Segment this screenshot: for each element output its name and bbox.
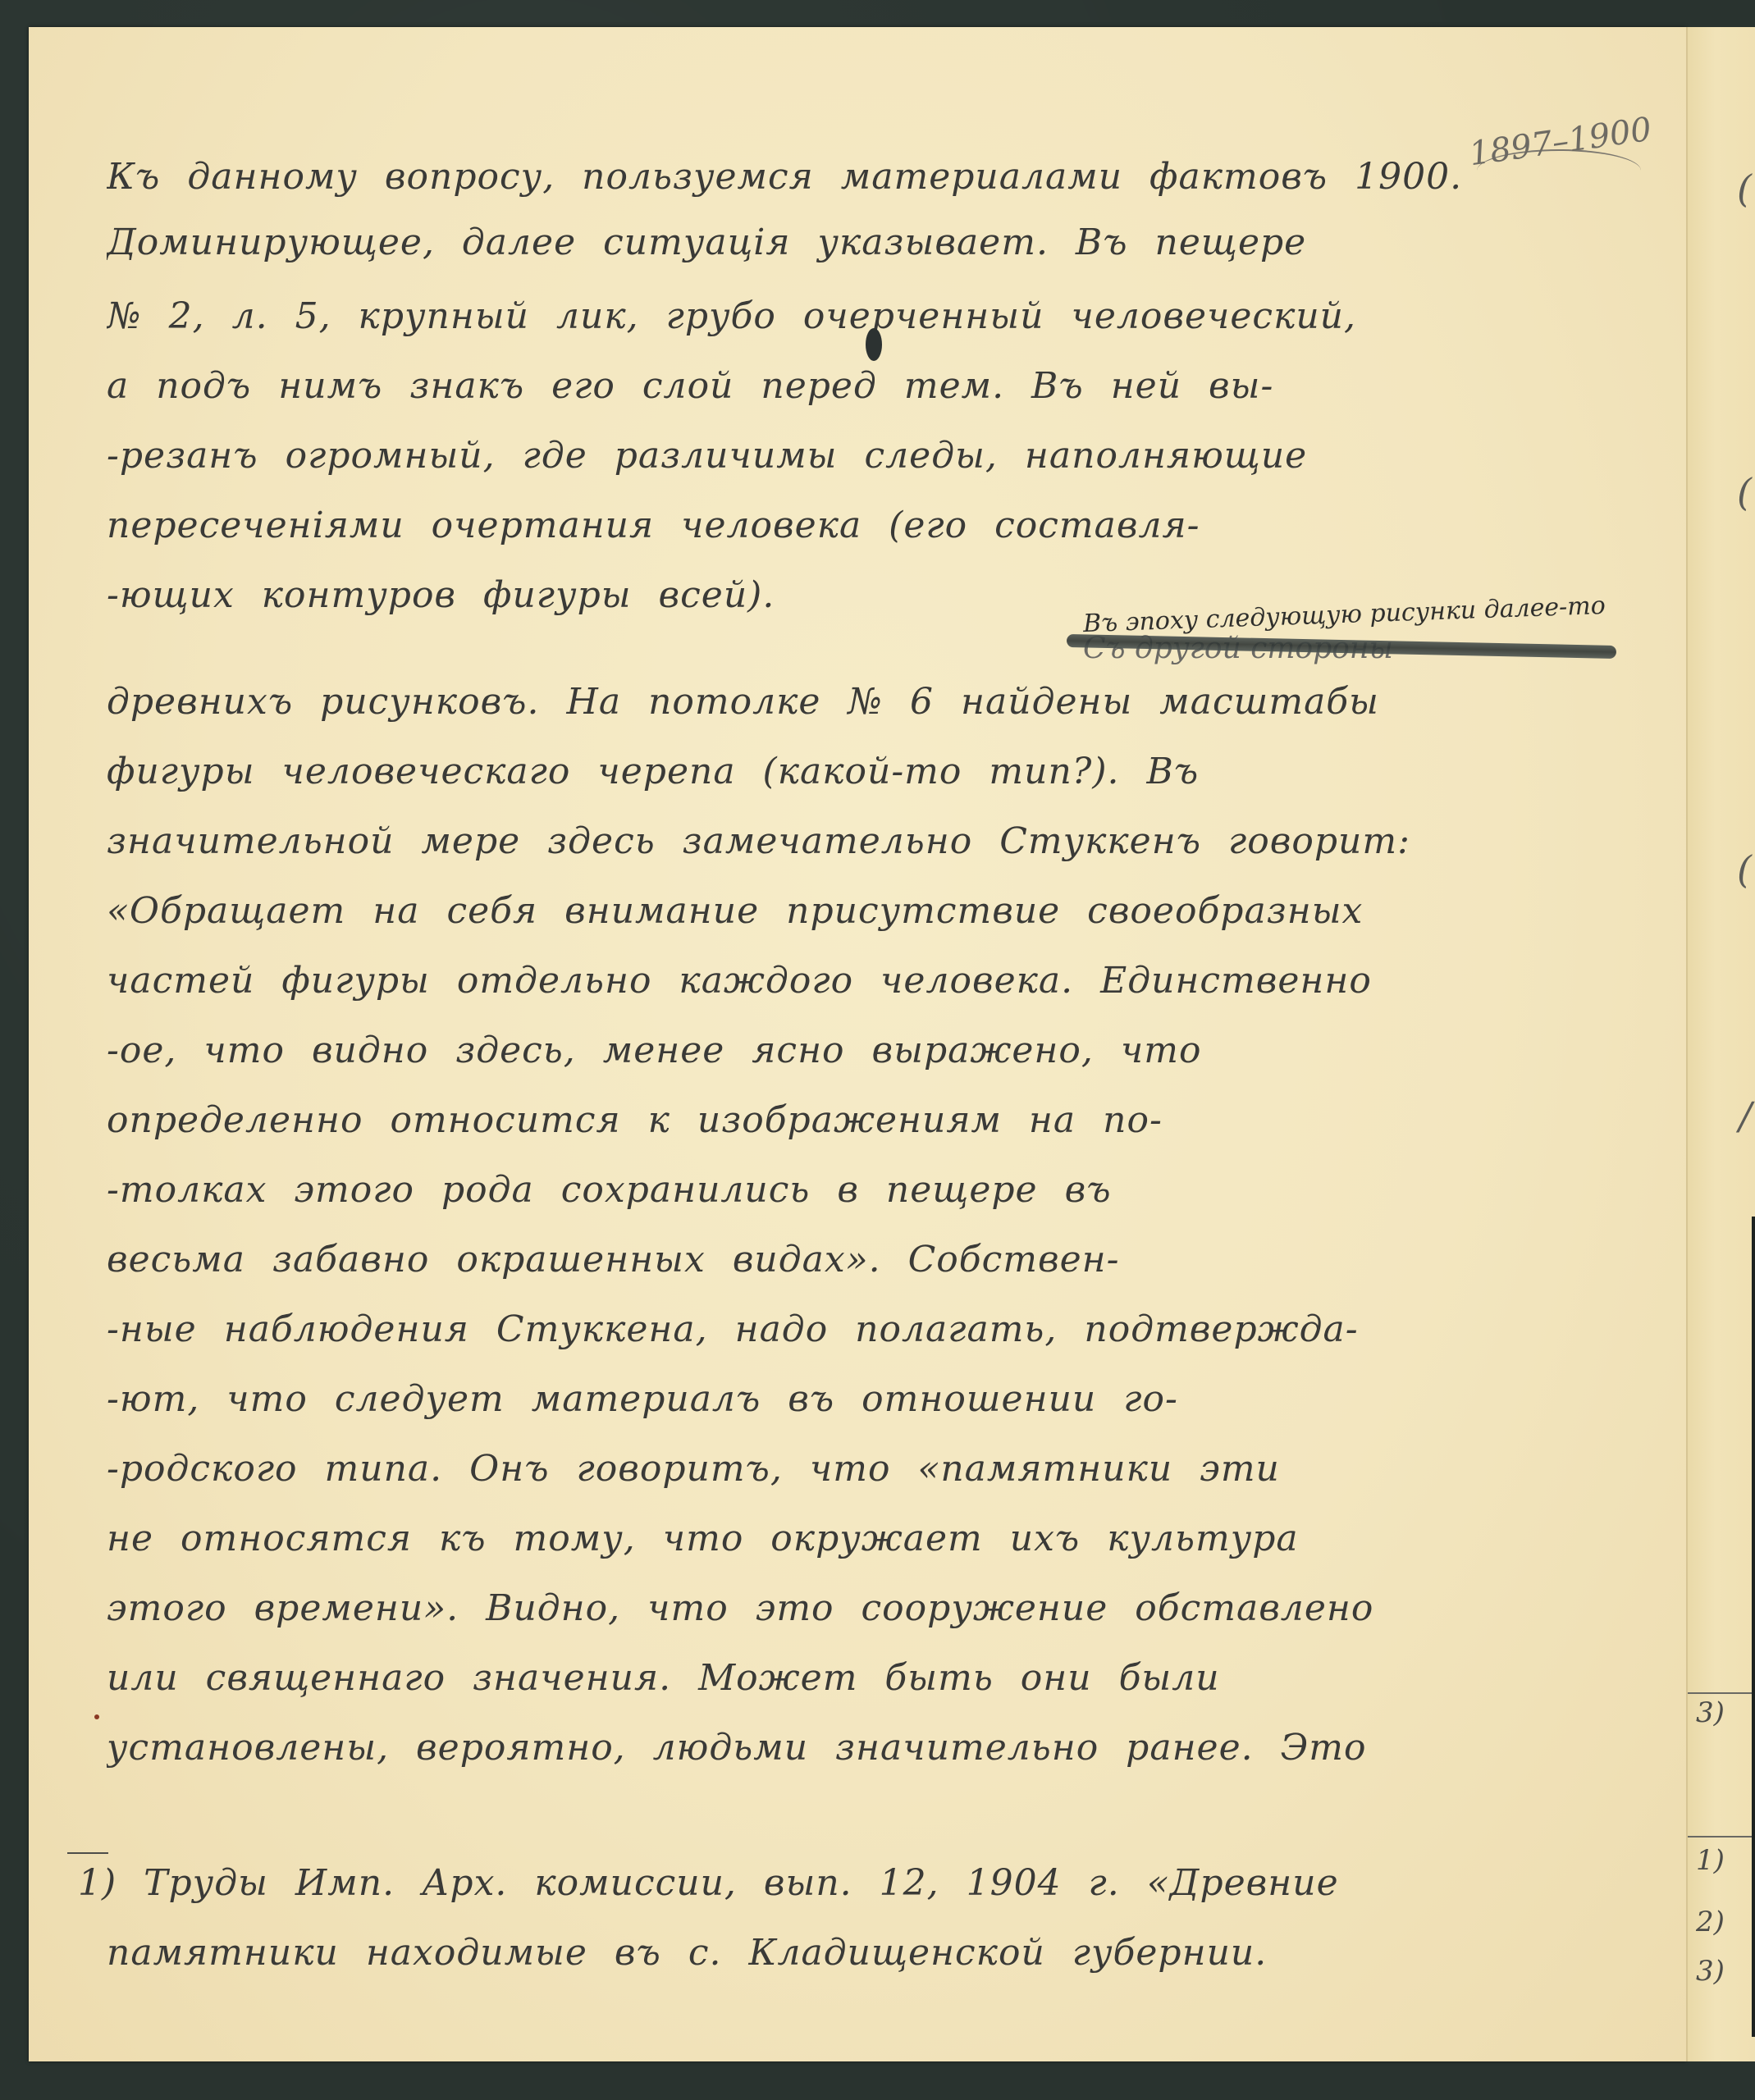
footnote-line: памятники находимые въ с. Кладищенской г… bbox=[107, 1932, 1666, 1974]
footnote-marker: 3) bbox=[1696, 1955, 1725, 1988]
text-line: Доминирующее, далее ситуацiя указывает. … bbox=[107, 221, 1666, 263]
footnote-rule bbox=[1688, 1836, 1755, 1837]
ink-blot bbox=[866, 328, 882, 361]
text-line: определенно относится к изображениям на … bbox=[107, 1099, 1666, 1141]
text-line: -ные наблюдения Стуккена, надо полагать,… bbox=[107, 1308, 1666, 1350]
footnote-line: 1) Труды Имп. Арх. комиссии, вып. 12, 19… bbox=[78, 1862, 1637, 1904]
footnote-rule bbox=[1688, 1692, 1755, 1694]
text-line: весьма забавно окрашенных видах». Собств… bbox=[107, 1239, 1666, 1281]
footnote-text: Труды Имп. Арх. комиссии, вып. 12, 1904 … bbox=[144, 1862, 1338, 1904]
footnote-marker: 1) bbox=[1696, 1844, 1725, 1877]
margin-mark: ( bbox=[1737, 167, 1752, 211]
footnote-marker: 3) bbox=[1696, 1696, 1725, 1729]
margin-mark: ( bbox=[1737, 847, 1752, 892]
text-line: а подъ нимъ знакъ его слой перед тем. Въ… bbox=[107, 365, 1666, 407]
text-line: установлены, вероятно, людьми значительн… bbox=[107, 1727, 1666, 1769]
binding-edge bbox=[1752, 1217, 1755, 2037]
footnote-separator bbox=[67, 1852, 108, 1854]
text-line: древнихъ рисунковъ. На потолке № 6 найде… bbox=[107, 681, 1666, 723]
footnote-marker: 1) bbox=[78, 1862, 117, 1904]
margin-mark: / bbox=[1739, 1093, 1753, 1138]
text-line: Къ данному вопросу, пользуемся материала… bbox=[107, 156, 1666, 198]
text-line: -родского типа. Онъ говоритъ, что «памят… bbox=[107, 1448, 1666, 1490]
text-line: -резанъ огромный, где различимы следы, н… bbox=[107, 435, 1666, 477]
text-line: -ое, что видно здесь, менее ясно выражен… bbox=[107, 1029, 1666, 1071]
text-line: или священнаго значения. Может быть они … bbox=[107, 1657, 1666, 1699]
text-line: -толках этого рода сохранились в пещере … bbox=[107, 1169, 1666, 1211]
text-line: этого времени». Видно, что это сооружени… bbox=[107, 1587, 1666, 1629]
text-line: частей фигуры отдельно каждого человека.… bbox=[107, 960, 1666, 1002]
text-line: пересеченiями очертания человека (его со… bbox=[107, 504, 1666, 546]
text-line: № 2, л. 5, крупный лик, грубо очерченный… bbox=[107, 295, 1666, 337]
text-line: -ют, что следует материалъ въ отношении … bbox=[107, 1378, 1666, 1420]
ink-spot bbox=[94, 1714, 99, 1719]
text-line: значительной мере здесь замечательно Сту… bbox=[107, 820, 1666, 862]
footnote-marker: 2) bbox=[1696, 1906, 1725, 1938]
text-line: не относятся къ тому, что окружает ихъ к… bbox=[107, 1518, 1666, 1559]
margin-mark: ( bbox=[1737, 470, 1752, 514]
adjacent-page-edge: ( ( ( / 3) 1) 2) 3) bbox=[1686, 27, 1755, 2061]
text-line: фигуры человеческаго черепа (какой-то ти… bbox=[107, 751, 1666, 792]
text-line: -ющих контуров фигуры всей). bbox=[107, 574, 1050, 616]
text-line: «Обращает на себя внимание присутствие с… bbox=[107, 890, 1666, 932]
